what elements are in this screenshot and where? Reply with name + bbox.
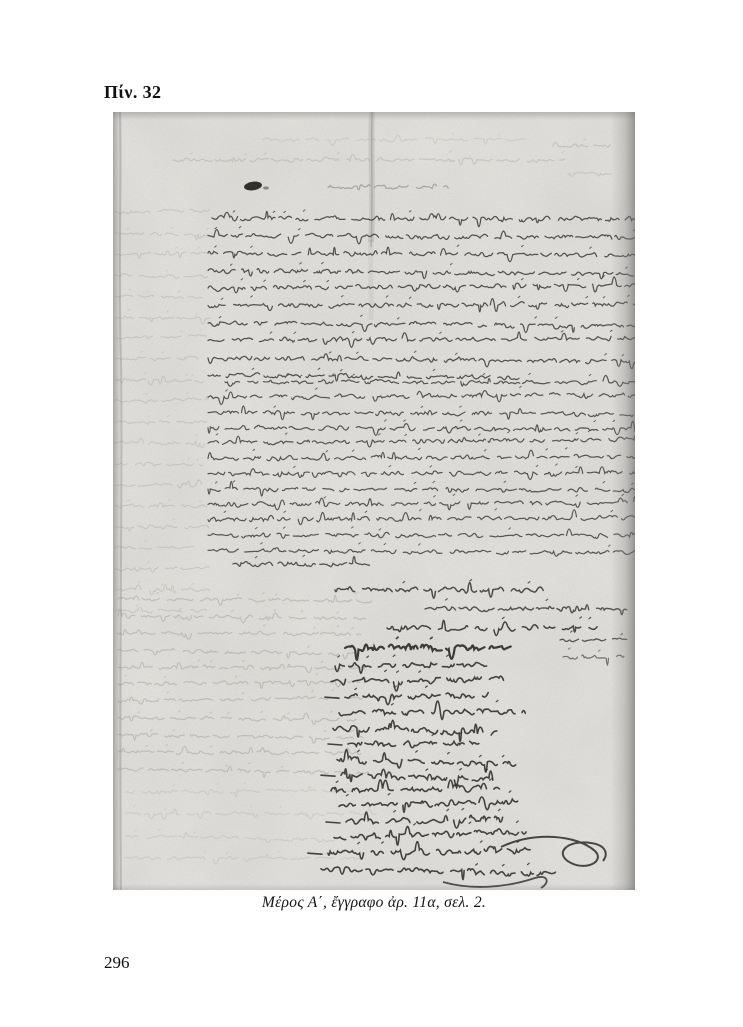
plate-label: Πίν. 32 <box>104 82 161 103</box>
book-page: Πίν. 32 <box>0 0 743 1027</box>
figure-caption: Μέρος Α΄, ἔγγραφο ἀρ. 11α, σελ. 2. <box>113 894 635 912</box>
handwriting-rendering <box>113 112 635 890</box>
manuscript-scan-image <box>113 112 635 890</box>
page-number: 296 <box>104 953 130 973</box>
